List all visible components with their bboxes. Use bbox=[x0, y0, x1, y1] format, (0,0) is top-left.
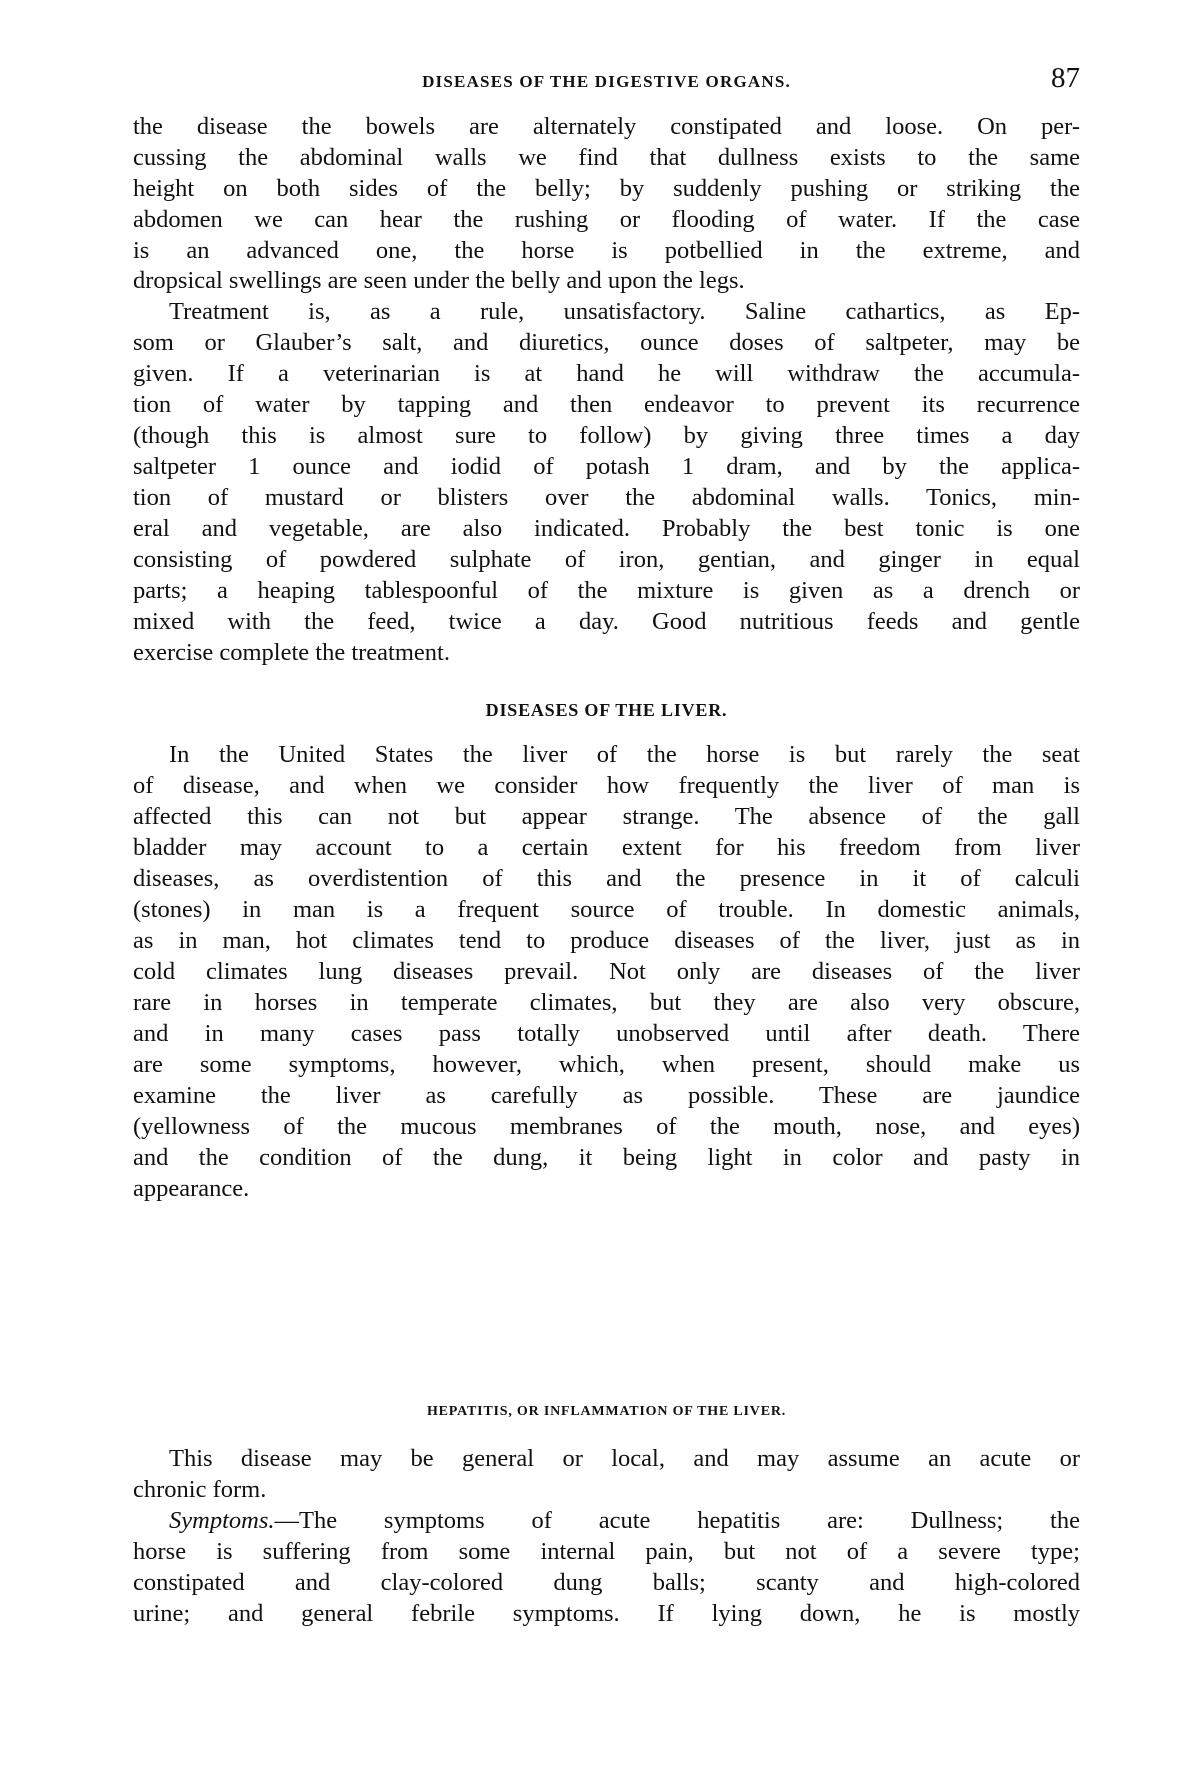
text-line: dropsical swellings are seen under the b… bbox=[133, 266, 1080, 296]
text-line: examine the liver as carefully as possib… bbox=[133, 1081, 1080, 1111]
text-line: appearance. bbox=[133, 1174, 1080, 1204]
text-line: Treatment is, as a rule, unsatisfactory.… bbox=[133, 297, 1080, 327]
text-line: horse is suffering from some internal pa… bbox=[133, 1537, 1080, 1567]
text-line: som or Glauber’s salt, and diuretics, ou… bbox=[133, 328, 1080, 358]
text-line: consisting of powdered sulphate of iron,… bbox=[133, 545, 1080, 575]
text-line: exercise complete the treatment. bbox=[133, 638, 1080, 668]
text-line: is an advanced one, the horse is potbell… bbox=[133, 236, 1080, 266]
section-heading: DISEASES OF THE LIVER. bbox=[133, 700, 1080, 721]
text-line: cold climates lung diseases prevail. Not… bbox=[133, 957, 1080, 987]
text-line: In the United States the liver of the ho… bbox=[133, 740, 1080, 770]
text-line: This disease may be general or local, an… bbox=[133, 1444, 1080, 1474]
text-line: eral and vegetable, are also indicated. … bbox=[133, 514, 1080, 544]
text-line: parts; a heaping tablespoonful of the mi… bbox=[133, 576, 1080, 606]
text-line: mixed with the feed, twice a day. Good n… bbox=[133, 607, 1080, 637]
text-line: (though this is almost sure to follow) b… bbox=[133, 421, 1080, 451]
text-line: of disease, and when we consider how fre… bbox=[133, 771, 1080, 801]
text-line: the disease the bowels are alternately c… bbox=[133, 112, 1080, 142]
symptoms-text: —The symptoms of acute hepatitis are: Du… bbox=[274, 1507, 1080, 1534]
text-line: abdomen we can hear the rushing or flood… bbox=[133, 205, 1080, 235]
text-line: rare in horses in temperate climates, bu… bbox=[133, 988, 1080, 1018]
text-line: given. If a veterinarian is at hand he w… bbox=[133, 359, 1080, 389]
text-line: chronic form. bbox=[133, 1475, 1080, 1505]
text-line: tion of mustard or blisters over the abd… bbox=[133, 483, 1080, 513]
text-line: Symptoms.—The symptoms of acute hepatiti… bbox=[133, 1506, 1080, 1536]
text-line: urine; and general febrile symptoms. If … bbox=[133, 1599, 1080, 1629]
book-page: DISEASES OF THE DIGESTIVE ORGANS. 87 the… bbox=[0, 0, 1200, 1773]
text-line: height on both sides of the belly; by su… bbox=[133, 174, 1080, 204]
text-line: bladder may account to a certain extent … bbox=[133, 833, 1080, 863]
running-title: DISEASES OF THE DIGESTIVE ORGANS. bbox=[133, 72, 1080, 92]
text-line: are some symptoms, however, which, when … bbox=[133, 1050, 1080, 1080]
text-line: (yellowness of the mucous membranes of t… bbox=[133, 1112, 1080, 1142]
text-line: (stones) in man is a frequent source of … bbox=[133, 895, 1080, 925]
text-line: constipated and clay-colored dung balls;… bbox=[133, 1568, 1080, 1598]
text-line: tion of water by tapping and then endeav… bbox=[133, 390, 1080, 420]
running-head: DISEASES OF THE DIGESTIVE ORGANS. 87 bbox=[133, 62, 1080, 102]
text-line: saltpeter 1 ounce and iodid of potash 1 … bbox=[133, 452, 1080, 482]
text-line: and in many cases pass totally unobserve… bbox=[133, 1019, 1080, 1049]
section-heading: HEPATITIS, OR INFLAMMATION OF THE LIVER. bbox=[133, 1404, 1080, 1420]
symptoms-lead: Symptoms. bbox=[169, 1507, 274, 1534]
text-line: diseases, as overdistention of this and … bbox=[133, 864, 1080, 894]
page-number: 87 bbox=[1051, 62, 1080, 95]
text-line: cussing the abdominal walls we find that… bbox=[133, 143, 1080, 173]
text-line: affected this can not but appear strange… bbox=[133, 802, 1080, 832]
text-line: as in man, hot climates tend to produce … bbox=[133, 926, 1080, 956]
text-line: and the condition of the dung, it being … bbox=[133, 1143, 1080, 1173]
